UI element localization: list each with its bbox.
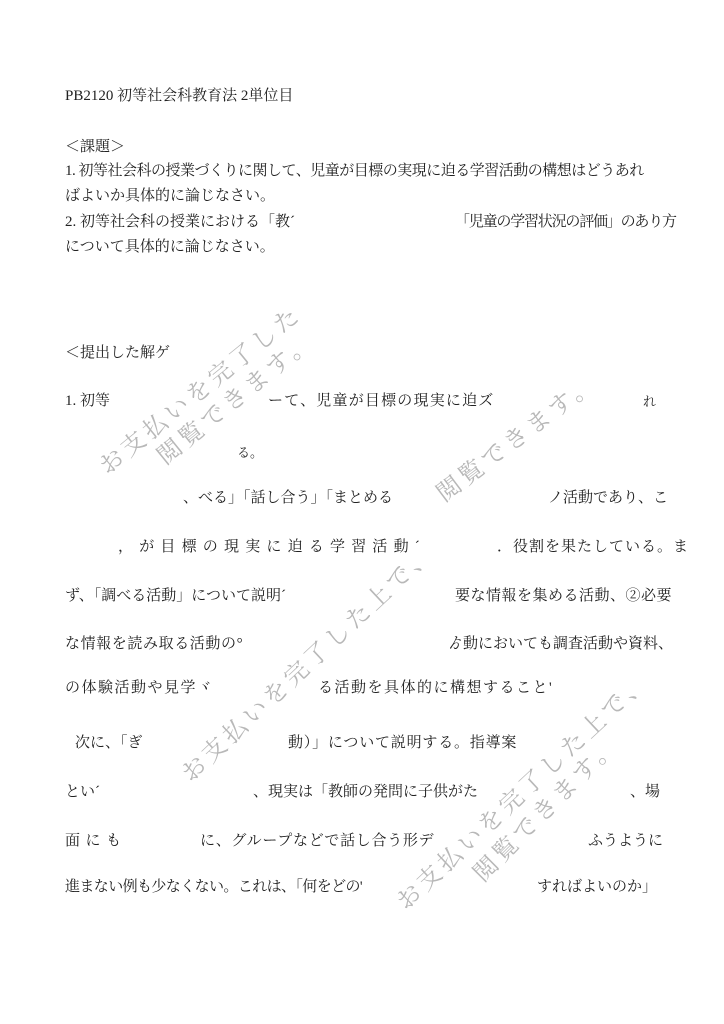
answer-line-6-left: な情報を読み取る活動の° <box>65 636 243 653</box>
answer-line-10-right: ふうように <box>588 833 663 850</box>
answer-line-6-right: ゟ動においても調査活動や資料、 <box>448 636 673 653</box>
answer-line-10-left: 面にも <box>65 833 127 850</box>
answer-line-1-right: れ <box>643 395 656 410</box>
doc-title: PB2120 初等社会科教育法 2単位目 <box>65 88 293 105</box>
answer-line-5-left: ず、「調べる活動」について説明´ <box>65 588 286 605</box>
answer-line-7-right: る活動を具体的に構想すること' <box>318 680 553 697</box>
submitted-answer-heading: ＜提出した解ゲ <box>65 345 170 362</box>
answer-line-5-right: 要な情報を集める活動、②必要 <box>455 588 672 605</box>
answer-line-10-mid: に、グループなどで話し合う形デ <box>200 833 434 850</box>
answer-line-4-right: ．役割を果たしている。ま <box>497 539 689 556</box>
watermark-fragment: 閲覧できます。 <box>433 371 602 507</box>
answer-line-9-right: 、場 <box>630 784 660 801</box>
assignment-item-1-line-2: ばよいか具体的に論じなさい。 <box>65 188 275 205</box>
assignment-item-2-line-1-right: 「児童の学習状況の評価」のあり方 <box>455 214 676 231</box>
assignment-item-1-line-1: 1. 初等社会科の授業づくりに関して、児童が目標の実現に迫る学習活動の構想はどう… <box>65 163 644 180</box>
answer-line-3-left: 、べる」「話し合う」「まとめる <box>183 490 393 507</box>
assignment-item-2-line-1-left: 2. 初等社会科の授業における「教´ <box>65 214 295 231</box>
answer-line-9-left: とい´ <box>65 784 100 801</box>
answer-line-8-left: 次に、「ぎ <box>75 735 143 752</box>
answer-line-8-right: 動）」について説明する。指導案 <box>288 735 517 752</box>
answer-line-9-mid: 、現実は「教師の発問に子供がた <box>253 784 478 801</box>
document-page: お支払いを完了した閲覧できます。お支払いを完了した上で、閲覧できます。お支払いを… <box>0 0 724 1024</box>
answer-line-1-mid: ーて、児童が目標の現実に迫ズ <box>268 393 495 410</box>
assignment-item-2-line-2: について具体的に論じなさい。 <box>65 239 275 256</box>
answer-line-2-fragment: る。 <box>237 446 263 461</box>
watermark-fragment: お支払いを完了した <box>95 302 306 479</box>
answer-line-4-left: ，が目標の現実に迫る学習活動´ <box>118 539 426 556</box>
answer-line-11-left: 進まない例も少なくない。これは、「何をどの' <box>65 879 362 896</box>
answer-line-3-right: ノ活動であり、こ <box>548 490 668 507</box>
answer-line-11-right: すればよいのか」 <box>537 879 657 896</box>
answer-line-7-left: の体験活動や見学ヾ <box>65 680 214 697</box>
answer-line-1-left: 1. 初等 <box>65 393 110 410</box>
assignment-heading: ＜課題＞ <box>65 139 125 156</box>
